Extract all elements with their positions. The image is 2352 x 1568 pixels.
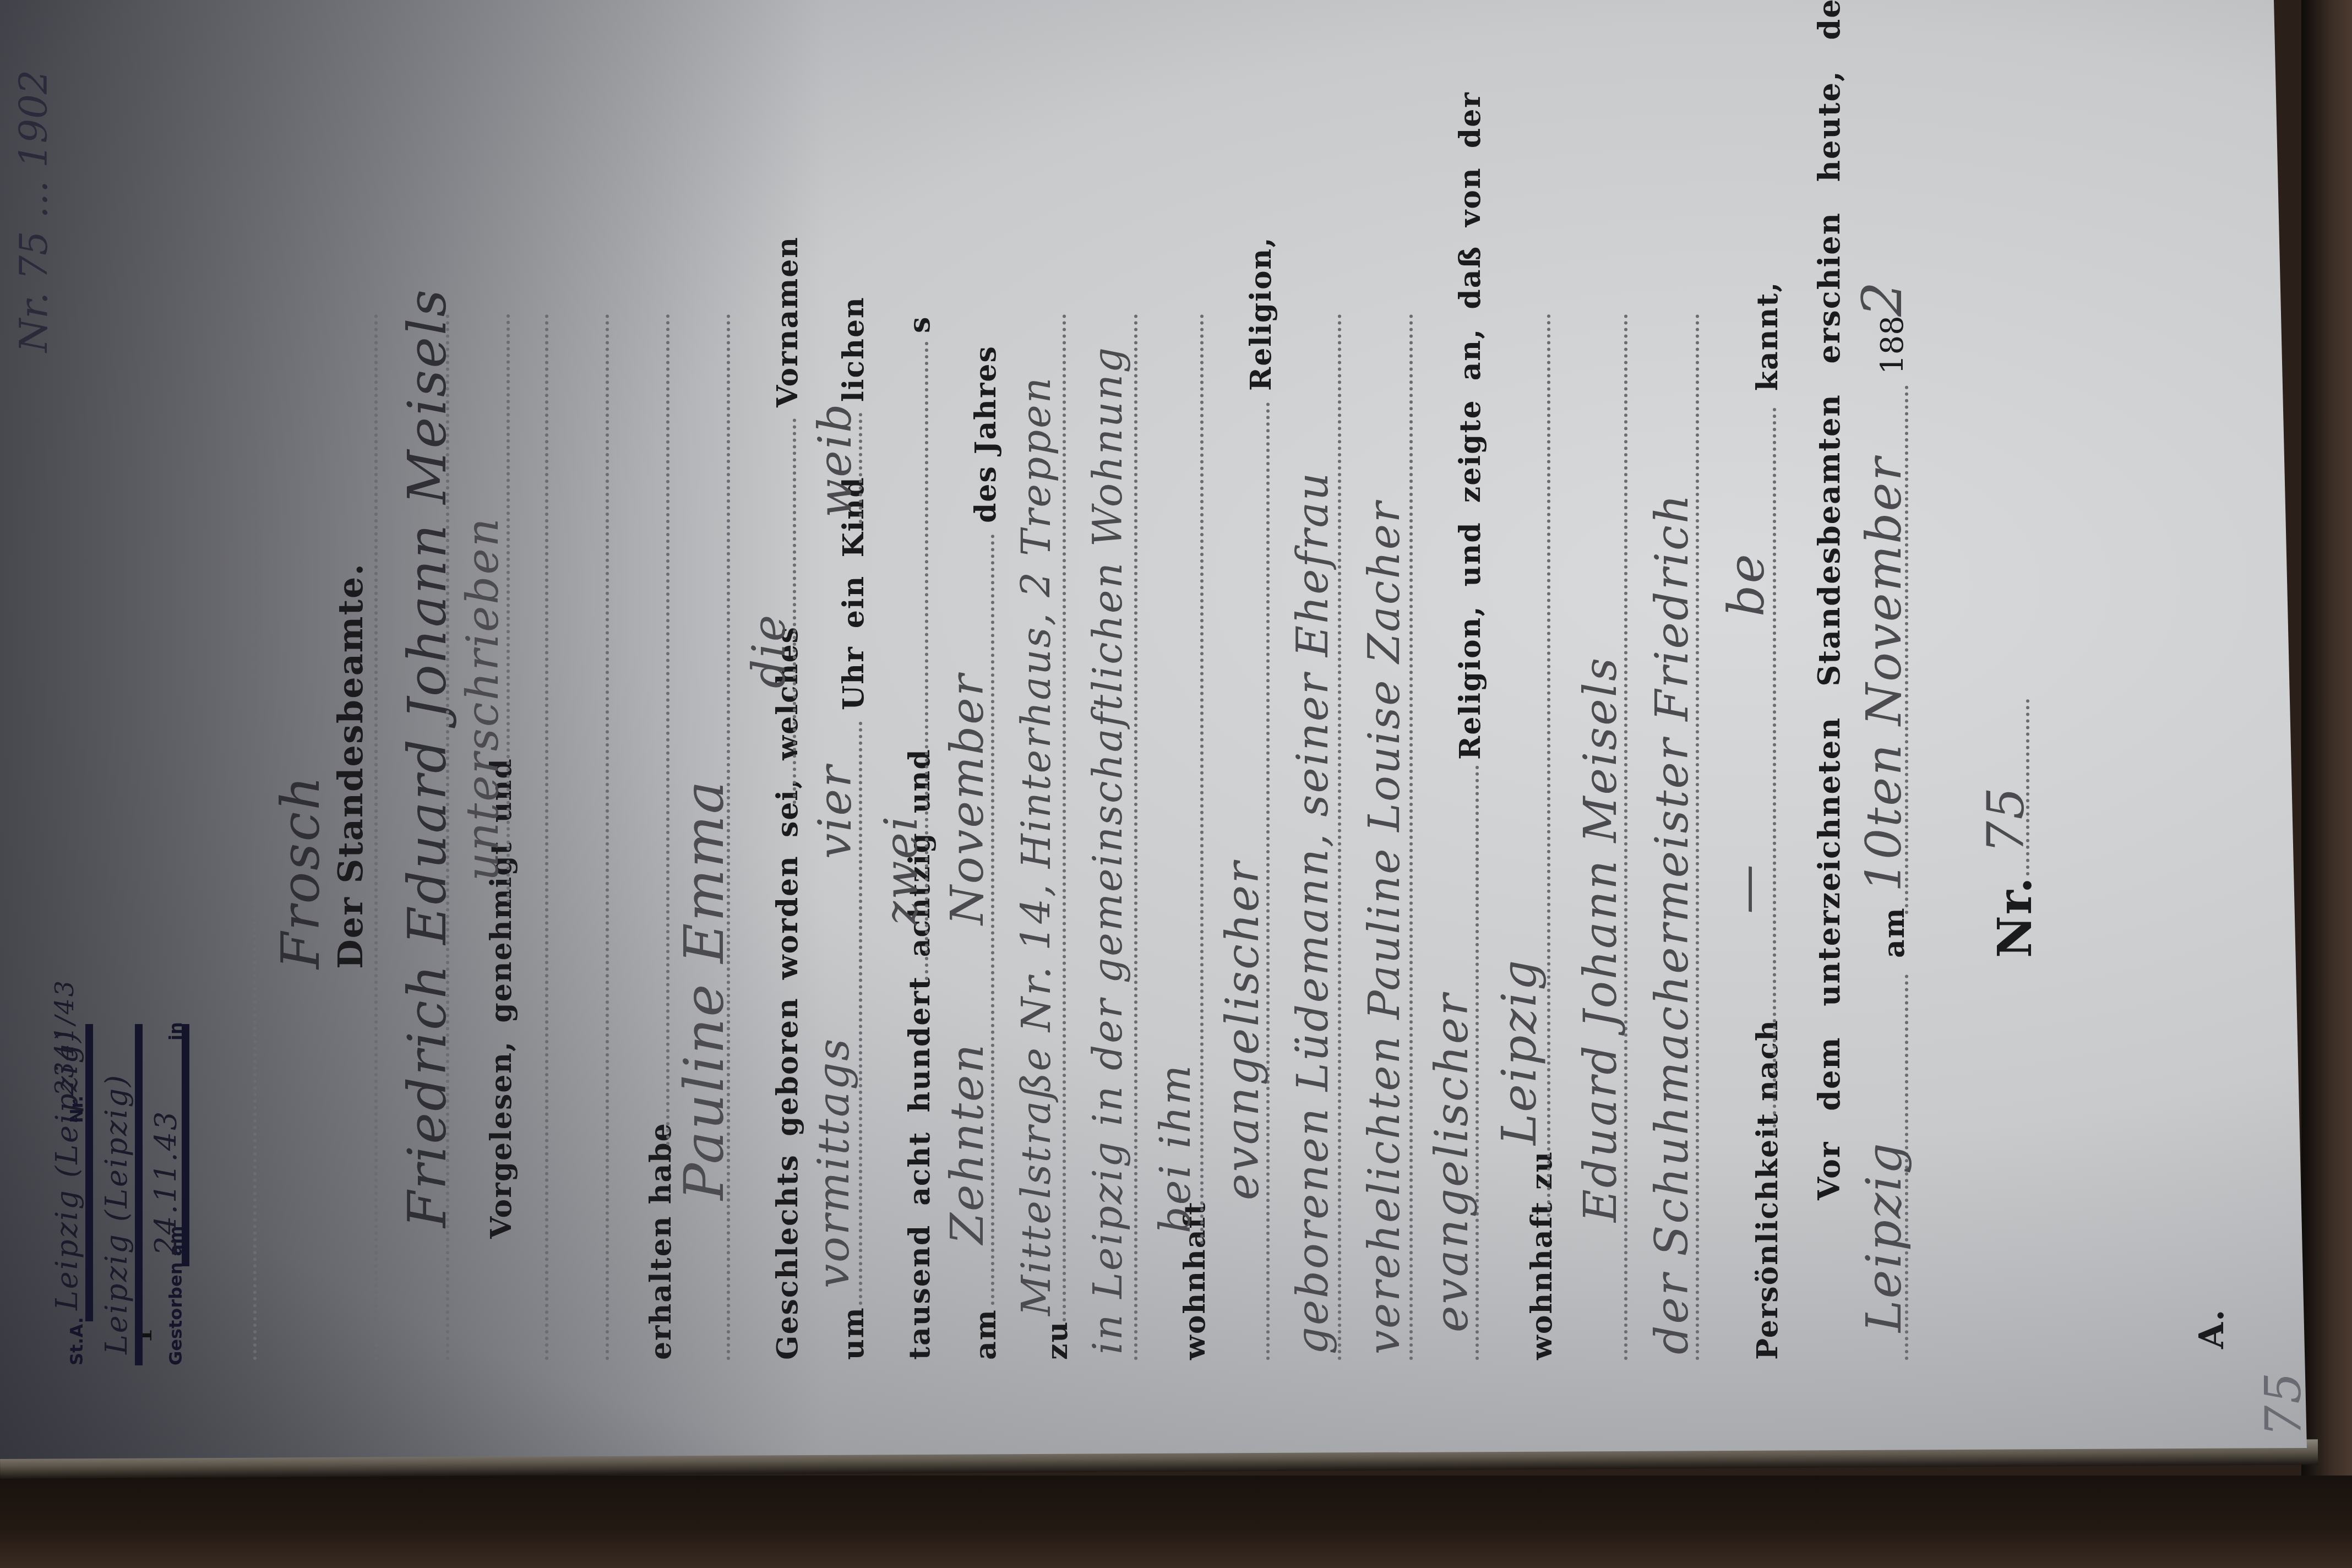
- vorname-article: die: [743, 613, 796, 688]
- table-background-bottom: [0, 1476, 2352, 1568]
- left-margin-note: Nr. 75 … 1902: [11, 70, 56, 352]
- birth-residence-dotted-line: [1200, 314, 1204, 1244]
- sta-label: St.A.: [66, 1317, 87, 1365]
- intro-line: Vor dem unterzeichneten Standesbeamten e…: [1811, 0, 1847, 1200]
- identity-dotted-line: [1773, 407, 1776, 1134]
- register-page: 75 Nr. 75 … 1902 1 A. Nr. 75 Leipzig am …: [0, 0, 2307, 1459]
- birth-residence-value: bei ihm: [1151, 1064, 1200, 1233]
- vorname-dotted-line: [793, 418, 796, 804]
- time-label: um: [837, 1306, 870, 1360]
- birth-place-value: Mittelstraße Nr. 14, Hinterhaus, 2 Trepp…: [1013, 376, 1059, 1316]
- informant-occupation: der Schuhmachermeister Friedrich: [1646, 493, 1698, 1354]
- stamp-rule-2: [135, 1024, 143, 1365]
- stamp-nr-value: 2341/43: [50, 979, 79, 1096]
- read-value: unterschrieben: [457, 517, 508, 881]
- blank-dotted-line-2: [545, 314, 548, 1360]
- year-label: des Jahres: [969, 345, 1003, 523]
- mother-dotted-line-2: [1338, 314, 1341, 1360]
- gender-label: lichen: [837, 296, 870, 402]
- month-value: November: [941, 673, 994, 925]
- official-signature: Frosch: [270, 775, 331, 969]
- identity-suffix-label: kannt,: [1751, 281, 1784, 391]
- time-value: vormittags: [809, 1037, 859, 1288]
- year-words-value: zwei: [875, 815, 928, 925]
- nr-label: Nr.: [1988, 876, 2042, 958]
- stamp-rule-3: [85, 1024, 93, 1321]
- day-label: am: [969, 1309, 1003, 1360]
- child-name: Pauline Emma: [672, 780, 736, 1200]
- gender-value: weib: [809, 402, 862, 518]
- vornamen-label: Vornamen: [771, 236, 804, 407]
- residence-value: Leipzig: [1492, 959, 1547, 1145]
- page-number-handwritten: 75: [2255, 1370, 2312, 1437]
- birth-record-form: A. Nr. 75 Leipzig am 10ten November 188 …: [231, 55, 2070, 1365]
- identity-suffix-value: be: [1718, 552, 1776, 617]
- nr-value: 75: [1977, 786, 2035, 853]
- place-value: Leipzig: [1855, 1141, 1912, 1332]
- mother-line-1: verehelichten Pauline Louise Zacher: [1360, 500, 1409, 1354]
- informant-name: Eduard Johann Meisels: [1575, 656, 1627, 1222]
- residence-dotted-line: [1547, 314, 1550, 1217]
- died-date: 24.11.43: [149, 1110, 183, 1255]
- official-dotted-line: [374, 314, 378, 1360]
- day-value: Zehnten: [941, 1043, 994, 1244]
- bottom-dotted-line: [253, 314, 257, 1360]
- birth-residence-dotted-line-2: [1134, 314, 1137, 1360]
- date-value: 10ten November: [1855, 456, 1912, 892]
- mother-line-2: geborenen Lüdemann, seiner Ehefrau: [1288, 471, 1338, 1354]
- erhalten-dotted-line: [666, 314, 669, 1145]
- identity-label: Persönlichkeit nach: [1751, 1019, 1784, 1360]
- table-background-right: [2301, 0, 2352, 1568]
- time-hour-value: vier: [809, 764, 862, 859]
- identity-value: —: [1718, 863, 1776, 914]
- form-letter: A.: [2191, 1308, 2231, 1349]
- birth-place-label: zu: [1041, 1321, 1074, 1360]
- year-suffix: 2: [1850, 280, 1914, 317]
- died-in-label: in: [165, 1022, 186, 1041]
- official-title: Der Standesbeamte.: [330, 563, 371, 969]
- mother-religion-label: Religion,: [1244, 236, 1278, 391]
- religion-label: Religion, und zeigte an, daß von der: [1453, 91, 1487, 760]
- erhalten-label: erhalten habe: [644, 1122, 678, 1360]
- mother-dotted-line-1: [1409, 314, 1413, 1360]
- religion-value: evangelischer: [1426, 992, 1478, 1332]
- born-label: Geschlechts geboren worden sei, welches: [771, 626, 804, 1360]
- died-place: Leipzig (Leipzig): [99, 1074, 134, 1354]
- birth-place-dotted-line: [1063, 314, 1066, 1321]
- s-label: s: [903, 316, 937, 333]
- birth-residence-line-2: in Leipzig in der gemeinschaftlichen Woh…: [1085, 346, 1131, 1354]
- mother-religion-value: evangelischer: [1217, 860, 1269, 1200]
- residence-label: wohnhaft zu: [1525, 1151, 1559, 1360]
- blank-dotted-line-1: [606, 314, 609, 1360]
- signature-dotted-line: [446, 314, 449, 1360]
- am-label: am: [1877, 907, 1911, 958]
- year-prefix: 188: [1875, 315, 1910, 374]
- stamp-nr-label: Nr.: [66, 1096, 87, 1123]
